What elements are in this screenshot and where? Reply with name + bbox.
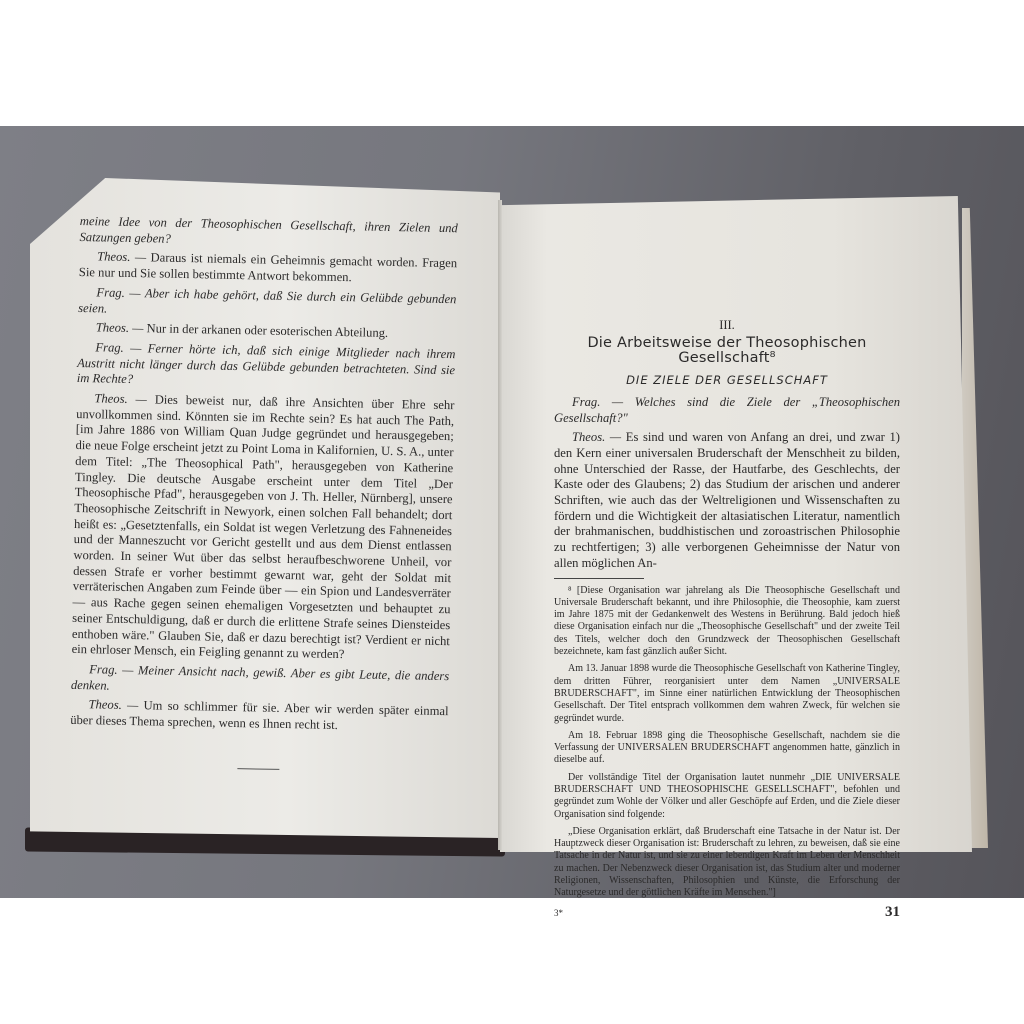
chapter-title: Die Arbeitsweise der Theosophischen Gese…	[554, 336, 900, 367]
speaker-label: Theos. —	[572, 430, 626, 444]
footnote-rule	[554, 578, 644, 579]
signature-mark: 3*	[554, 908, 563, 918]
footnote: Am 18. Februar 1898 ging die Theosophisc…	[554, 730, 900, 767]
footnote: Am 13. Januar 1898 wurde die Theosophisc…	[554, 663, 900, 724]
section-title: DIE ZIELE DER GESELLSCHAFT	[554, 373, 900, 389]
paragraph: Frag. — Meiner Ansicht nach, gewiß. Aber…	[71, 662, 450, 701]
footnote: ⁸ [Diese Organisation war jahrelang als …	[554, 585, 900, 659]
paragraph: Frag. — Ferner hörte ich, daß sich einig…	[77, 340, 456, 394]
footnote: Der vollständige Titel der Organisation …	[554, 772, 900, 821]
paragraph: Frag. — Aber ich habe gehört, daß Sie du…	[78, 285, 457, 324]
speaker-label: Frag. —	[572, 395, 635, 409]
right-page-text: III. Die Arbeitsweise der Theosophischen…	[554, 318, 900, 925]
paragraph: Theos. — Es sind und waren von Anfang an…	[554, 430, 900, 571]
speaker-label: Theos. —	[94, 391, 155, 406]
book-gutter	[498, 200, 502, 850]
page-footer: 3* 31	[554, 905, 900, 925]
footnote: „Diese Organisation erklärt, daß Bruders…	[554, 826, 900, 900]
speaker-label: Theos. —	[96, 321, 147, 336]
left-page-text: meine Idee von der Theosophischen Gesell…	[69, 214, 458, 773]
paragraph: meine Idee von der Theosophischen Gesell…	[79, 214, 458, 253]
page-number: 31	[885, 905, 900, 921]
paragraph: Theos. — Dies beweist nur, daß ihre Ansi…	[71, 391, 454, 665]
paragraph: Theos. — Daraus ist niemals ein Geheimni…	[79, 249, 458, 288]
speaker-label: Theos. —	[97, 250, 151, 265]
paragraph: Theos. — Um so schlimmer für sie. Aber w…	[70, 697, 449, 736]
paragraph: Frag. — Welches sind die Ziele der „Theo…	[554, 395, 900, 426]
speaker-label: Theos. —	[88, 698, 143, 713]
speaker-label: Frag. —	[95, 340, 148, 355]
paragraph: Theos. — Nur in der arkanen oder esoteri…	[78, 320, 456, 343]
speaker-label: Frag. —	[89, 662, 138, 677]
speaker-label: Frag. —	[96, 285, 145, 300]
chapter-number: III.	[554, 318, 900, 334]
